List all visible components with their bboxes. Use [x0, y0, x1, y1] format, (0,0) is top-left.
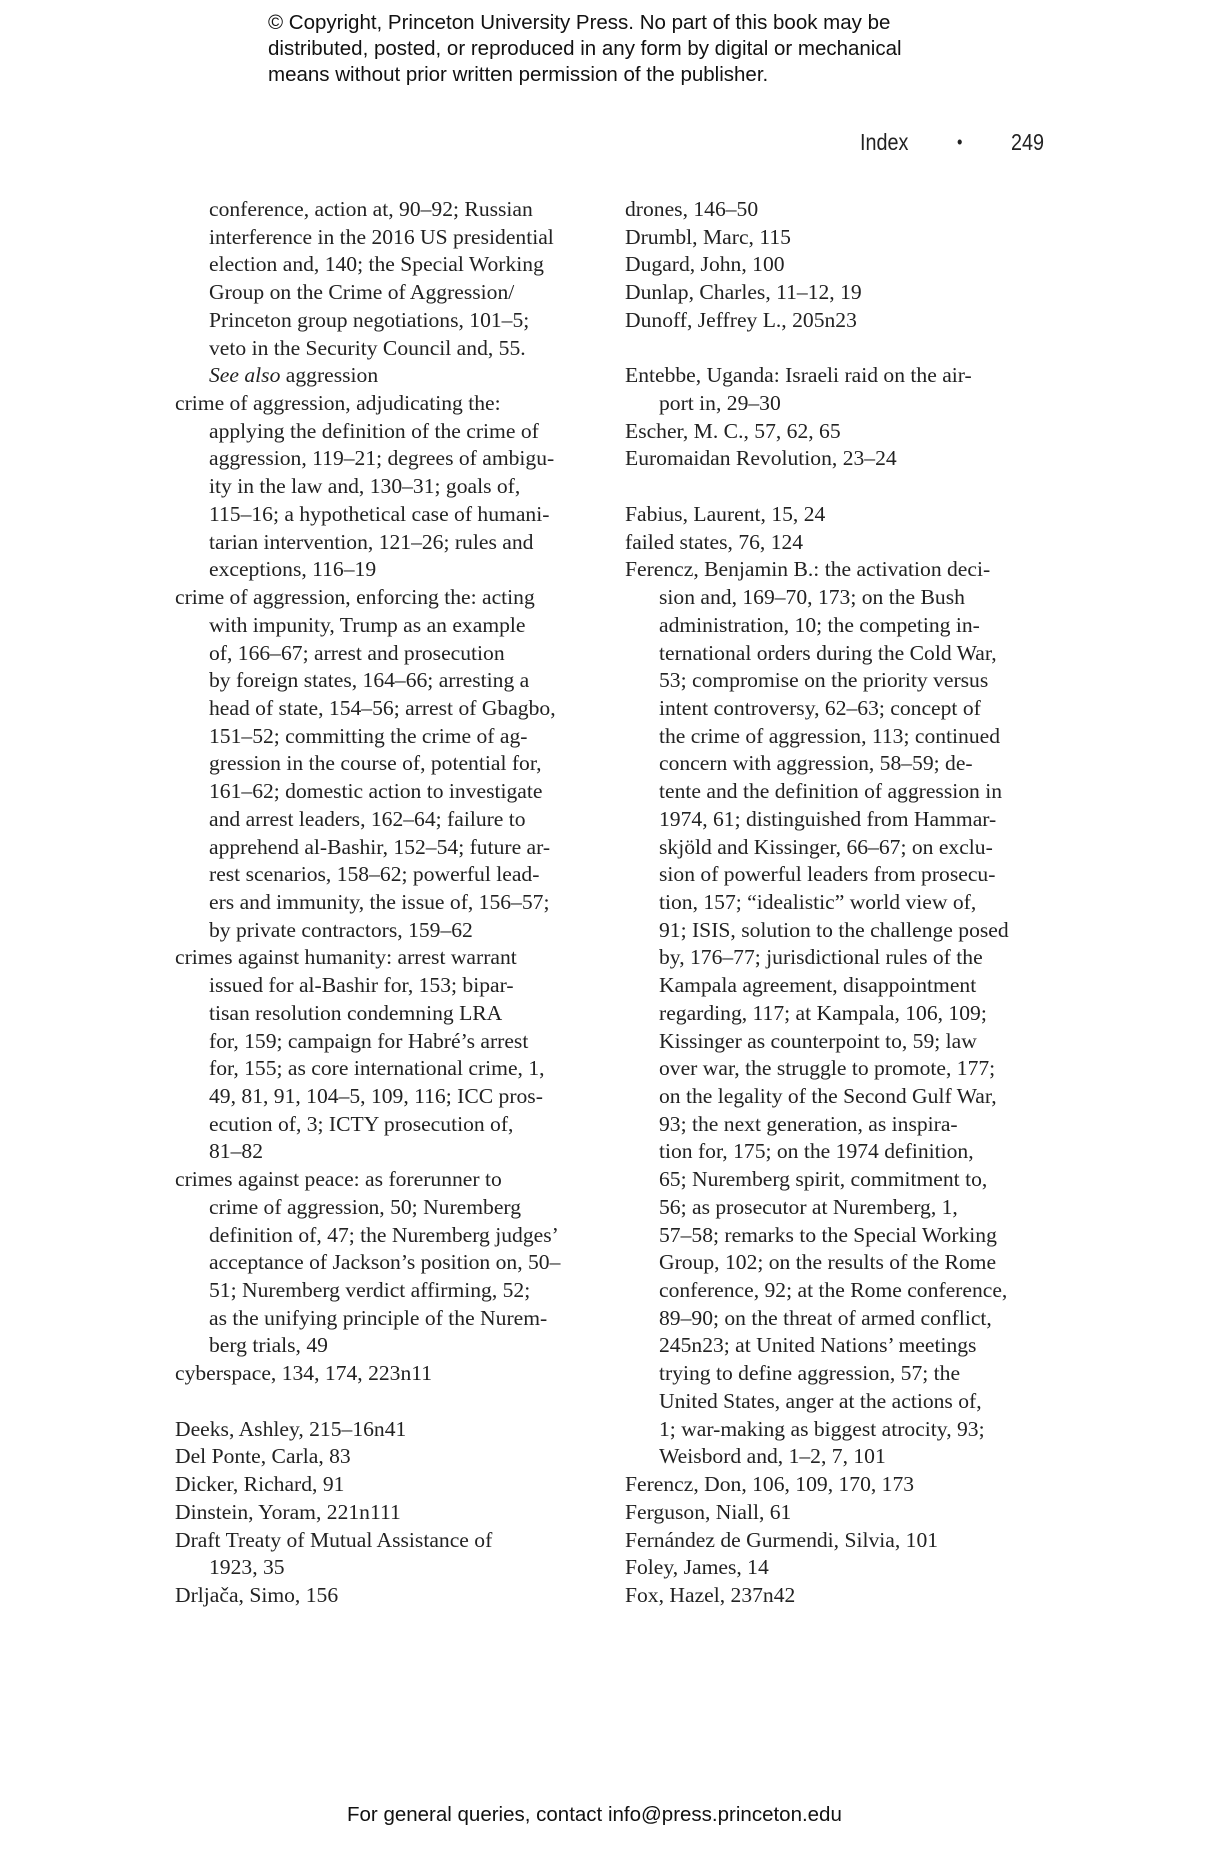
footer-contact: For general queries, contact info@press.… [347, 1802, 842, 1828]
index-subentry-line: tisan resolution condemning LRA [175, 1000, 605, 1028]
index-entry: Dunoff, Jeffrey L., 205n23 [625, 307, 1055, 335]
index-subentry-line: conference, action at, 90–92; Russian [175, 196, 605, 224]
index-subentry-line: for, 155; as core international crime, 1… [175, 1055, 605, 1083]
index-subentry-line: Kissinger as counterpoint to, 59; law [625, 1028, 1055, 1056]
index-subentry-line: rest scenarios, 158–62; powerful lead- [175, 861, 605, 889]
index-entry: failed states, 76, 124 [625, 529, 1055, 557]
index-subentry-line: acceptance of Jackson’s position on, 50– [175, 1249, 605, 1277]
index-subentry-line: 65; Nuremberg spirit, commitment to, [625, 1166, 1055, 1194]
index-subentry-line: regarding, 117; at Kampala, 106, 109; [625, 1000, 1055, 1028]
index-spacer [175, 1388, 605, 1416]
index-subentry-line: the crime of aggression, 113; continued [625, 723, 1055, 751]
index-subentry-line: 91; ISIS, solution to the challenge pose… [625, 917, 1055, 945]
index-subentry-line: concern with aggression, 58–59; de- [625, 750, 1055, 778]
index-subentry-line: aggression, 119–21; degrees of ambigu- [175, 445, 605, 473]
index-entry: Drumbl, Marc, 115 [625, 224, 1055, 252]
index-entry: Dugard, John, 100 [625, 251, 1055, 279]
index-entry: drones, 146–50 [625, 196, 1055, 224]
index-entry: Fabius, Laurent, 15, 24 [625, 501, 1055, 529]
index-subentry-line: with impunity, Trump as an example [175, 612, 605, 640]
index-subentry-line: for, 159; campaign for Habré’s arrest [175, 1028, 605, 1056]
index-subentry-line: veto in the Security Council and, 55. [175, 335, 605, 363]
index-subentry-line: gression in the course of, potential for… [175, 750, 605, 778]
index-subentry-line: over war, the struggle to promote, 177; [625, 1055, 1055, 1083]
index-subentry-line: issued for al-Bashir for, 153; bipar- [175, 972, 605, 1000]
index-subentry-line: United States, anger at the actions of, [625, 1388, 1055, 1416]
index-subentry-line: applying the definition of the crime of [175, 418, 605, 446]
see-also-target: aggression [280, 363, 378, 387]
index-subentry-line: ers and immunity, the issue of, 156–57; [175, 889, 605, 917]
index-subentry-line: ternational orders during the Cold War, [625, 640, 1055, 668]
index-subentry-line: on the legality of the Second Gulf War, [625, 1083, 1055, 1111]
index-subentry-line: election and, 140; the Special Working [175, 251, 605, 279]
index-entry: crimes against peace: as forerunner to [175, 1166, 605, 1194]
index-subentry-line: 53; compromise on the priority versus [625, 667, 1055, 695]
index-spacer [625, 335, 1055, 363]
copyright-line: © Copyright, Princeton University Press.… [268, 10, 902, 36]
index-subentry-line: apprehend al-Bashir, 152–54; future ar- [175, 834, 605, 862]
index-subentry-line: 1; war-making as biggest atrocity, 93; [625, 1416, 1055, 1444]
index-entry: Deeks, Ashley, 215–16n41 [175, 1416, 605, 1444]
index-entry: Dinstein, Yoram, 221n111 [175, 1499, 605, 1527]
index-subentry-line: ecution of, 3; ICTY prosecution of, [175, 1111, 605, 1139]
index-subentry-line: ity in the law and, 130–31; goals of, [175, 473, 605, 501]
index-subentry-line: Princeton group negotiations, 101–5; [175, 307, 605, 335]
index-subentry-line: 93; the next generation, as inspira- [625, 1111, 1055, 1139]
index-entry: Dunlap, Charles, 11–12, 19 [625, 279, 1055, 307]
index-subentry-line: 51; Nuremberg verdict affirming, 52; [175, 1277, 605, 1305]
index-subentry-line: tion for, 175; on the 1974 definition, [625, 1138, 1055, 1166]
index-subentry-line: 245n23; at United Nations’ meetings [625, 1332, 1055, 1360]
copyright-notice: © Copyright, Princeton University Press.… [268, 10, 902, 88]
index-entry: Dicker, Richard, 91 [175, 1471, 605, 1499]
index-subentry-line: 49, 81, 91, 104–5, 109, 116; ICC pros- [175, 1083, 605, 1111]
see-also-label: See also [209, 363, 280, 387]
index-subentry-line: and arrest leaders, 162–64; failure to [175, 806, 605, 834]
index-subentry-line: conference, 92; at the Rome conference, [625, 1277, 1055, 1305]
index-subentry-line: 81–82 [175, 1138, 605, 1166]
index-subentry-line: trying to define aggression, 57; the [625, 1360, 1055, 1388]
index-entry: Ferencz, Benjamin B.: the activation dec… [625, 556, 1055, 584]
index-subentry-line: 1923, 35 [175, 1554, 605, 1582]
index-subentry-line: 57–58; remarks to the Special Working [625, 1222, 1055, 1250]
index-subentry-line: berg trials, 49 [175, 1332, 605, 1360]
index-entry: Ferencz, Don, 106, 109, 170, 173 [625, 1471, 1055, 1499]
index-subentry-line: 151–52; committing the crime of ag- [175, 723, 605, 751]
index-entry: Del Ponte, Carla, 83 [175, 1443, 605, 1471]
index-subentry-line: by private contractors, 159–62 [175, 917, 605, 945]
index-see-also: See also aggression [175, 362, 605, 390]
index-column-right: drones, 146–50Drumbl, Marc, 115Dugard, J… [625, 196, 1055, 1610]
index-subentry-line: definition of, 47; the Nuremberg judges’ [175, 1222, 605, 1250]
index-subentry-line: head of state, 154–56; arrest of Gbagbo, [175, 695, 605, 723]
index-entry: Escher, M. C., 57, 62, 65 [625, 418, 1055, 446]
index-subentry-line: port in, 29–30 [625, 390, 1055, 418]
index-entry: Foley, James, 14 [625, 1554, 1055, 1582]
index-subentry-line: 56; as prosecutor at Nuremberg, 1, [625, 1194, 1055, 1222]
index-subentry-line: 161–62; domestic action to investigate [175, 778, 605, 806]
index-subentry-line: Group, 102; on the results of the Rome [625, 1249, 1055, 1277]
index-entry: crime of aggression, enforcing the: acti… [175, 584, 605, 612]
page-number: 249 [1011, 128, 1044, 156]
index-entry: crimes against humanity: arrest warrant [175, 944, 605, 972]
running-head: Index • 249 [860, 128, 1044, 156]
index-entry: Fernández de Gurmendi, Silvia, 101 [625, 1527, 1055, 1555]
index-subentry-line: by, 176–77; jurisdictional rules of the [625, 944, 1055, 972]
copyright-line: distributed, posted, or reproduced in an… [268, 36, 902, 62]
index-subentry-line: of, 166–67; arrest and prosecution [175, 640, 605, 668]
index-subentry-line: 115–16; a hypothetical case of humani- [175, 501, 605, 529]
index-subentry-line: sion and, 169–70, 173; on the Bush [625, 584, 1055, 612]
index-column-left: conference, action at, 90–92; Russianint… [175, 196, 605, 1610]
section-title: Index [860, 128, 908, 156]
index-subentry-line: 1974, 61; distinguished from Hammar- [625, 806, 1055, 834]
index-subentry-line: sion of powerful leaders from prosecu- [625, 861, 1055, 889]
index-subentry-line: tion, 157; “idealistic” world view of, [625, 889, 1055, 917]
index-entry: Ferguson, Niall, 61 [625, 1499, 1055, 1527]
index-subentry-line: as the unifying principle of the Nurem- [175, 1305, 605, 1333]
copyright-line: means without prior written permission o… [268, 62, 902, 88]
index-subentry-line: 89–90; on the threat of armed conflict, [625, 1305, 1055, 1333]
index-subentry-line: crime of aggression, 50; Nuremberg [175, 1194, 605, 1222]
index-subentry-line: tente and the definition of aggression i… [625, 778, 1055, 806]
index-subentry-line: Weisbord and, 1–2, 7, 101 [625, 1443, 1055, 1471]
index-subentry-line: by foreign states, 164–66; arresting a [175, 667, 605, 695]
index-subentry-line: skjöld and Kissinger, 66–67; on exclu- [625, 834, 1055, 862]
index-subentry-line: Group on the Crime of Aggression/ [175, 279, 605, 307]
index-subentry-line: Kampala agreement, disappointment [625, 972, 1055, 1000]
index-entry: crime of aggression, adjudicating the: [175, 390, 605, 418]
index-entry: Draft Treaty of Mutual Assistance of [175, 1527, 605, 1555]
index-spacer [625, 473, 1055, 501]
index-entry: Entebbe, Uganda: Israeli raid on the air… [625, 362, 1055, 390]
index-subentry-line: tarian intervention, 121–26; rules and [175, 529, 605, 557]
index-subentry-line: administration, 10; the competing in- [625, 612, 1055, 640]
index-subentry-line: intent controversy, 62–63; concept of [625, 695, 1055, 723]
index-entry: Drljača, Simo, 156 [175, 1582, 605, 1610]
index-entry: Fox, Hazel, 237n42 [625, 1582, 1055, 1610]
index-entry: cyberspace, 134, 174, 223n11 [175, 1360, 605, 1388]
bullet-separator-icon: • [957, 128, 962, 156]
index-subentry-line: exceptions, 116–19 [175, 556, 605, 584]
index-subentry-line: interference in the 2016 US presidential [175, 224, 605, 252]
index-entry: Euromaidan Revolution, 23–24 [625, 445, 1055, 473]
